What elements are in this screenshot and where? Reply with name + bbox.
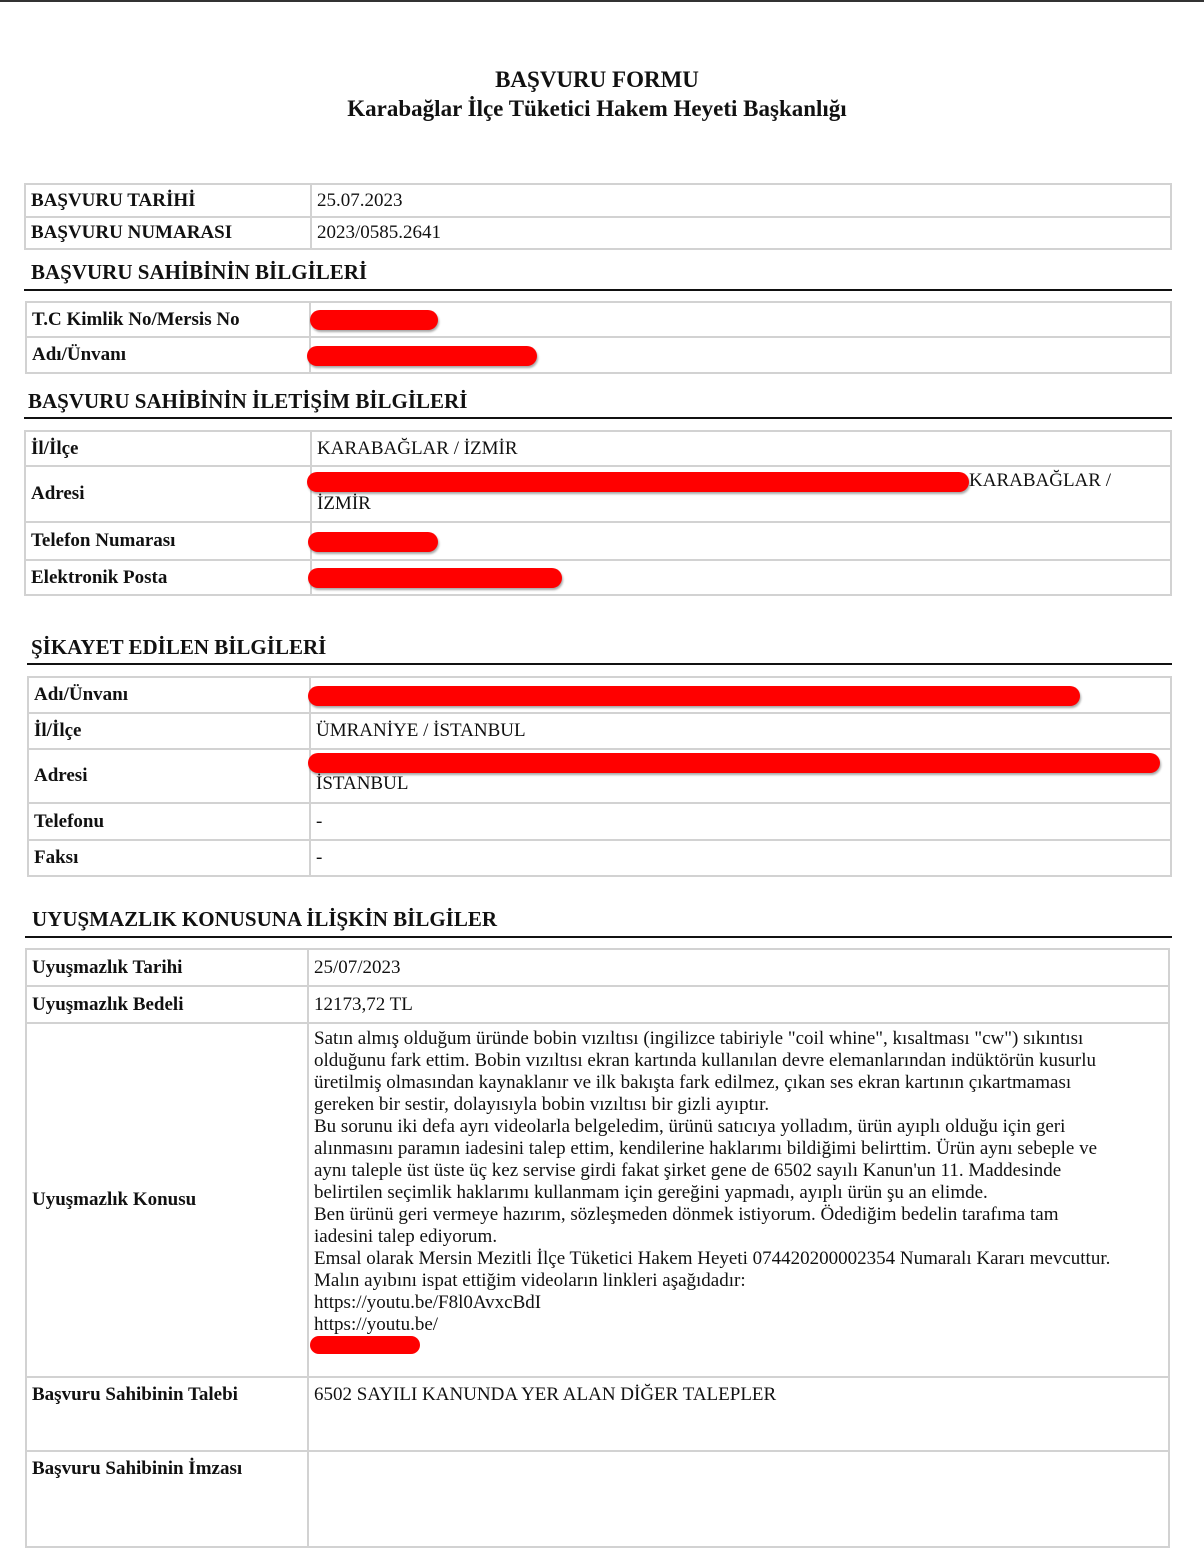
applicant-phone-label: Telefon Numarası (25, 522, 311, 560)
subject-line: Ben ürünü geri vermeye hazırım, sözleşme… (314, 1204, 1163, 1226)
request-label: Başvuru Sahibinin Talebi (26, 1377, 308, 1451)
form-title: BAŞVURU FORMU (0, 66, 1194, 94)
subject-line: Bu sorunu iki defa ayrı videolarla belge… (314, 1116, 1163, 1138)
applicant-name-label: Adı/Ünvanı (26, 337, 310, 373)
subject-line: iadesini talep ediyorum. (314, 1226, 1163, 1248)
section-title-respondent: ŞİKAYET EDİLEN BİLGİLERİ (31, 634, 326, 660)
table-row: Adresi İSTANBUL (28, 749, 1171, 803)
table-row: Başvuru Sahibinin Talebi 6502 SAYILI KAN… (26, 1377, 1169, 1451)
application-number-label: BAŞVURU NUMARASI (25, 217, 311, 249)
subject-line: Malın ayıbını ispat ettiğim videoların l… (314, 1270, 1163, 1292)
table-row: BAŞVURU NUMARASI 2023/0585.2641 (25, 217, 1171, 249)
applicant-address-tail-line2: İZMİR (317, 493, 1165, 515)
respondent-address-label: Adresi (28, 749, 310, 803)
applicant-address-value: KARABAĞLAR / İZMİR (311, 466, 1171, 522)
section-title-dispute: UYUŞMAZLIK KONUSUNA İLİŞKİN BİLGİLER (32, 906, 497, 932)
respondent-fax-value: - (310, 840, 1171, 876)
applicant-info-table: T.C Kimlik No/Mersis No Adı/Ünvanı (25, 301, 1172, 374)
application-date-value: 25.07.2023 (311, 184, 1171, 217)
subject-line: gereken bir sestir, dolayısıyla bobin vı… (314, 1094, 1163, 1116)
respondent-city-value: ÜMRANİYE / İSTANBUL (310, 713, 1171, 749)
redaction-mark (307, 346, 537, 366)
redaction-mark (307, 472, 969, 492)
section-title-applicant-info: BAŞVURU SAHİBİNİN BİLGİLERİ (31, 259, 367, 285)
section-title-applicant-contact: BAŞVURU SAHİBİNİN İLETİŞİM BİLGİLERİ (28, 388, 467, 414)
applicant-id-value (310, 302, 1171, 337)
video-link-2[interactable]: https://youtu.be/ (314, 1314, 1163, 1354)
redaction-mark (308, 532, 438, 552)
table-row: Uyuşmazlık Tarihi 25/07/2023 (26, 949, 1169, 986)
respondent-city-label: İl/İlçe (28, 713, 310, 749)
request-value: 6502 SAYILI KANUNDA YER ALAN DİĞER TALEP… (308, 1377, 1169, 1451)
table-row: İl/İlçe KARABAĞLAR / İZMİR (25, 431, 1171, 466)
applicant-contact-table: İl/İlçe KARABAĞLAR / İZMİR Adresi KARABA… (24, 430, 1172, 596)
applicant-city-label: İl/İlçe (25, 431, 311, 466)
subject-line: olduğunu fark ettim. Bobin vızıltısı ekr… (314, 1050, 1163, 1072)
applicant-address-label: Adresi (25, 466, 311, 522)
table-row: Adı/Ünvanı (26, 337, 1171, 373)
subject-line: Emsal olarak Mersin Mezitli İlçe Tüketic… (314, 1248, 1163, 1270)
table-row: Faksı - (28, 840, 1171, 876)
video-link-1[interactable]: https://youtu.be/F8l0AvxcBdI (314, 1292, 1163, 1314)
applicant-id-label: T.C Kimlik No/Mersis No (26, 302, 310, 337)
redaction-mark (310, 1336, 420, 1354)
table-row: Telefon Numarası (25, 522, 1171, 560)
table-row: Uyuşmazlık Konusu Satın almış olduğum ür… (26, 1023, 1169, 1377)
signature-label: Başvuru Sahibinin İmzası (26, 1451, 308, 1547)
respondent-table: Adı/Ünvanı İl/İlçe ÜMRANİYE / İSTANBUL A… (27, 676, 1172, 877)
applicant-phone-value (311, 522, 1171, 560)
dispute-subject-label: Uyuşmazlık Konusu (26, 1023, 308, 1377)
table-row: Başvuru Sahibinin İmzası (26, 1451, 1169, 1547)
applicant-city-value: KARABAĞLAR / İZMİR (311, 431, 1171, 466)
subject-line: Satın almış olduğum üründe bobin vızıltı… (314, 1028, 1163, 1050)
redaction-mark (310, 310, 438, 330)
respondent-address-value: İSTANBUL (310, 749, 1171, 803)
table-row: T.C Kimlik No/Mersis No (26, 302, 1171, 337)
subject-line: belirtilen seçimlik haklarımı kullanmam … (314, 1182, 1163, 1204)
table-row: Uyuşmazlık Bedeli 12173,72 TL (26, 986, 1169, 1023)
section-rule (27, 663, 1172, 665)
application-date-label: BAŞVURU TARİHİ (25, 184, 311, 217)
respondent-address-tail: İSTANBUL (316, 773, 1165, 795)
application-number-value: 2023/0585.2641 (311, 217, 1171, 249)
redaction-mark (308, 753, 1160, 773)
subject-line: üretilmiş olmasından kaynaklanır ve ilk … (314, 1072, 1163, 1094)
respondent-name-value (310, 677, 1171, 713)
applicant-name-value (310, 337, 1171, 373)
table-row: Adresi KARABAĞLAR / İZMİR (25, 466, 1171, 522)
redaction-mark (308, 568, 562, 588)
table-row: Adı/Ünvanı (28, 677, 1171, 713)
table-row: İl/İlçe ÜMRANİYE / İSTANBUL (28, 713, 1171, 749)
authority-title: Karabağlar İlçe Tüketici Hakem Heyeti Ba… (0, 94, 1194, 124)
dispute-table: Uyuşmazlık Tarihi 25/07/2023 Uyuşmazlık … (25, 948, 1170, 1548)
respondent-name-label: Adı/Ünvanı (28, 677, 310, 713)
signature-field (308, 1451, 1169, 1547)
video-link-2-prefix: https://youtu.be/ (314, 1314, 438, 1335)
respondent-fax-label: Faksı (28, 840, 310, 876)
table-row: BAŞVURU TARİHİ 25.07.2023 (25, 184, 1171, 217)
respondent-phone-label: Telefonu (28, 803, 310, 840)
applicant-email-value (311, 560, 1171, 595)
section-rule (24, 289, 1172, 291)
section-rule (24, 417, 1172, 419)
dispute-subject-value: Satın almış olduğum üründe bobin vızıltı… (308, 1023, 1169, 1377)
table-row: Telefonu - (28, 803, 1171, 840)
applicant-email-label: Elektronik Posta (25, 560, 311, 595)
dispute-date-value: 25/07/2023 (308, 949, 1169, 986)
subject-line: alınmasını paramın iadesini talep ettim,… (314, 1138, 1163, 1160)
document-header: BAŞVURU FORMU Karabağlar İlçe Tüketici H… (0, 66, 1194, 124)
applicant-address-tail: KARABAĞLAR / (969, 470, 1111, 492)
subject-line: aynı taleple üst üste üç kez servise gir… (314, 1160, 1163, 1182)
dispute-amount-label: Uyuşmazlık Bedeli (26, 986, 308, 1023)
dispute-amount-value: 12173,72 TL (308, 986, 1169, 1023)
table-row: Elektronik Posta (25, 560, 1171, 595)
dispute-date-label: Uyuşmazlık Tarihi (26, 949, 308, 986)
section-rule (25, 936, 1172, 938)
redaction-mark (308, 686, 1080, 706)
respondent-phone-value: - (310, 803, 1171, 840)
top-border-rule (0, 0, 1204, 2)
application-table: BAŞVURU TARİHİ 25.07.2023 BAŞVURU NUMARA… (24, 183, 1172, 250)
